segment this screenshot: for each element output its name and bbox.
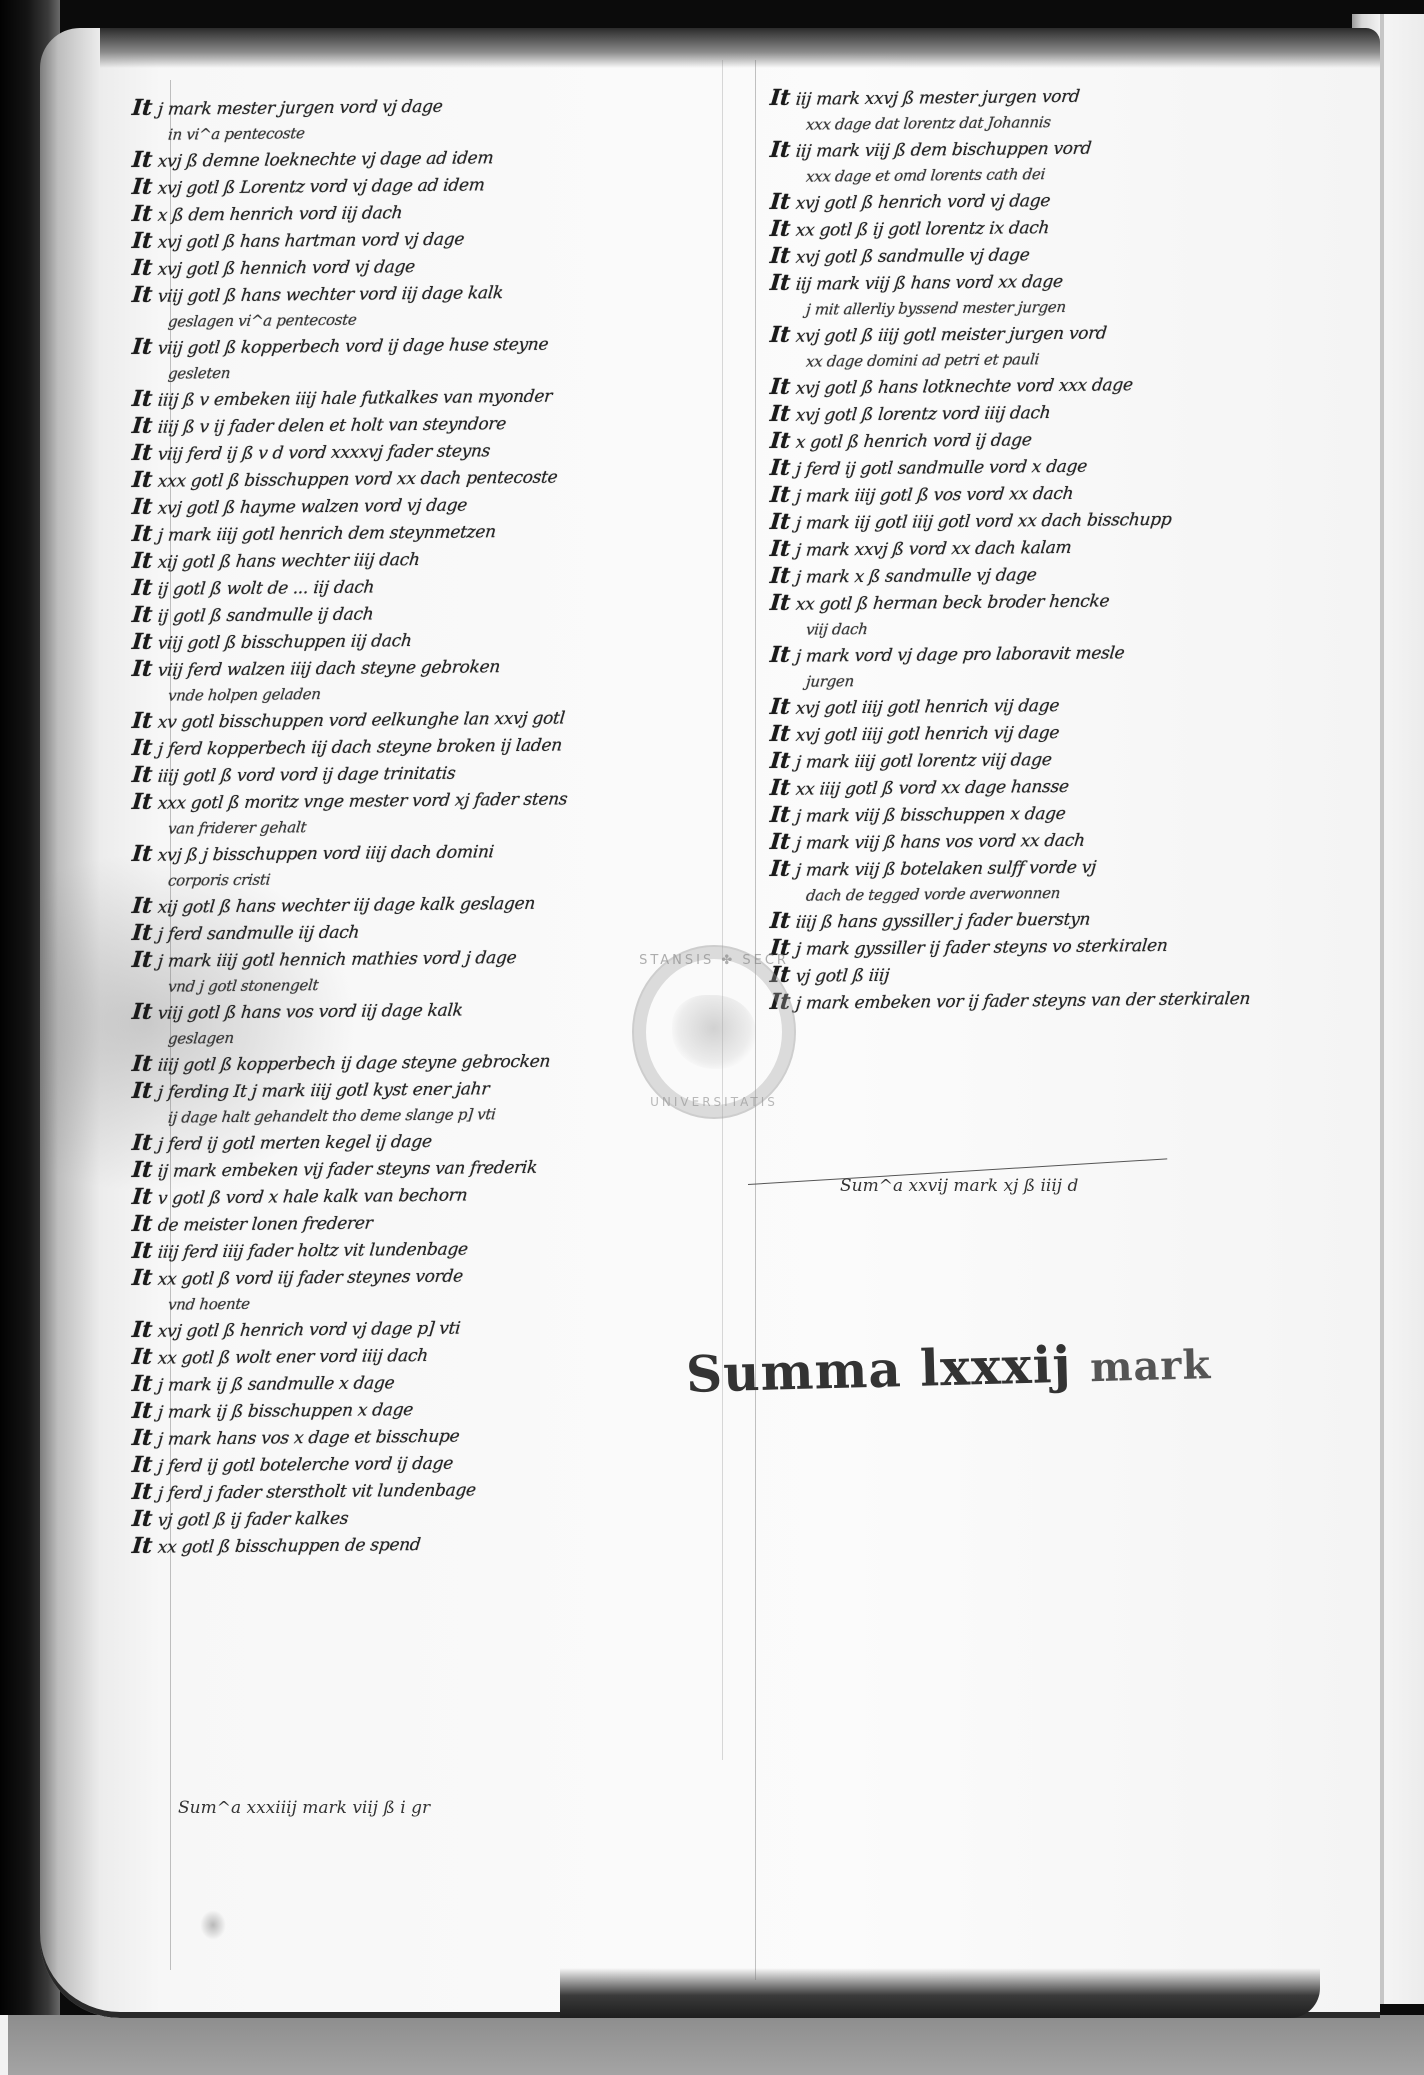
item-initial: It xyxy=(131,708,153,734)
item-initial: It xyxy=(131,1078,153,1104)
item-initial: It xyxy=(131,1130,153,1156)
summa-amount: lxxxij xyxy=(919,1335,1072,1398)
item-initial: It xyxy=(131,174,153,200)
item-initial: It xyxy=(131,494,153,520)
item-initial: It xyxy=(131,282,153,308)
page-top-edge xyxy=(100,28,1380,68)
page-bottom-edge xyxy=(560,1968,1320,2018)
item-initial: It xyxy=(131,1265,153,1291)
university-stamp: STANSIS ✤ SECR UNIVERSITATIS xyxy=(632,945,796,1119)
item-initial: It xyxy=(769,85,791,111)
right-column: Itiij mark xxvj ß mester jurgen vordxxx … xyxy=(770,86,1330,1017)
item-initial: It xyxy=(769,270,791,296)
next-leaf-edge xyxy=(1380,14,1384,2004)
ink-stain xyxy=(200,1910,226,1940)
item-initial: It xyxy=(131,841,153,867)
item-initial: It xyxy=(131,1238,153,1264)
item-initial: It xyxy=(769,216,791,242)
item-initial: It xyxy=(769,694,791,720)
item-initial: It xyxy=(769,137,791,163)
left-column: Itj mark mester jurgen vord vj dagein vi… xyxy=(132,96,752,1561)
left-column-subtotal: Sum^a xxxiiij mark viij ß i gr xyxy=(178,1798,430,1818)
item-initial: It xyxy=(769,536,791,562)
item-initial: It xyxy=(131,548,153,574)
item-initial: It xyxy=(131,201,153,227)
item-initial: It xyxy=(769,856,791,882)
summa-label: Summa xyxy=(685,1339,902,1404)
item-initial: It xyxy=(131,656,153,682)
item-initial: It xyxy=(131,735,153,761)
item-initial: It xyxy=(769,563,791,589)
item-initial: It xyxy=(131,1211,153,1237)
item-initial: It xyxy=(131,440,153,466)
item-initial: It xyxy=(131,1157,153,1183)
item-initial: It xyxy=(769,721,791,747)
scanner-bed-edge xyxy=(0,2015,8,2075)
stamp-top-text: STANSIS ✤ SECR xyxy=(634,953,794,968)
item-initial: It xyxy=(131,386,153,412)
item-initial: It xyxy=(131,947,153,973)
item-initial: It xyxy=(769,829,791,855)
item-initial: It xyxy=(131,920,153,946)
item-initial: It xyxy=(769,802,791,828)
item-initial: It xyxy=(131,789,153,815)
item-initial: It xyxy=(769,482,791,508)
item-initial: It xyxy=(769,590,791,616)
item-initial: It xyxy=(131,602,153,628)
item-initial: It xyxy=(131,1506,153,1532)
item-initial: It xyxy=(769,428,791,454)
item-initial: It xyxy=(769,374,791,400)
item-initial: It xyxy=(131,1317,153,1343)
item-initial: It xyxy=(131,1452,153,1478)
item-initial: It xyxy=(131,999,153,1025)
right-column-subtotal: Sum^a xxvij mark xj ß iiij d xyxy=(840,1176,1078,1196)
item-initial: It xyxy=(769,748,791,774)
item-initial: It xyxy=(131,1425,153,1451)
item-initial: It xyxy=(769,401,791,427)
item-initial: It xyxy=(131,575,153,601)
item-initial: It xyxy=(769,189,791,215)
stamp-bottom-text: UNIVERSITATIS xyxy=(634,1095,794,1109)
item-initial: It xyxy=(131,1479,153,1505)
item-initial: It xyxy=(131,629,153,655)
item-initial: It xyxy=(131,893,153,919)
item-initial: It xyxy=(131,334,153,360)
item-initial: It xyxy=(131,1533,153,1559)
item-initial: It xyxy=(769,775,791,801)
item-initial: It xyxy=(131,1344,153,1370)
item-initial: It xyxy=(131,147,153,173)
item-initial: It xyxy=(769,243,791,269)
item-initial: It xyxy=(131,1184,153,1210)
ledger-entry: Itj mark embeken vor ij fader steyns van… xyxy=(769,984,1332,1017)
item-initial: It xyxy=(131,228,153,254)
item-initial: It xyxy=(131,95,153,121)
item-initial: It xyxy=(769,509,791,535)
item-initial: It xyxy=(131,521,153,547)
item-initial: It xyxy=(131,255,153,281)
item-initial: It xyxy=(769,455,791,481)
lion-emblem-icon xyxy=(672,995,756,1069)
summa-unit: mark xyxy=(1089,1341,1211,1391)
item-initial: It xyxy=(131,467,153,493)
item-initial: It xyxy=(769,908,791,934)
item-initial: It xyxy=(131,413,153,439)
item-initial: It xyxy=(131,1371,153,1397)
ledger-entry: Itxx gotl ß bisschuppen de spend xyxy=(131,1528,754,1561)
item-initial: It xyxy=(131,1051,153,1077)
item-initial: It xyxy=(131,1398,153,1424)
scanner-bed xyxy=(0,2015,1424,2075)
item-initial: It xyxy=(131,762,153,788)
item-initial: It xyxy=(769,642,791,668)
item-initial: It xyxy=(769,322,791,348)
